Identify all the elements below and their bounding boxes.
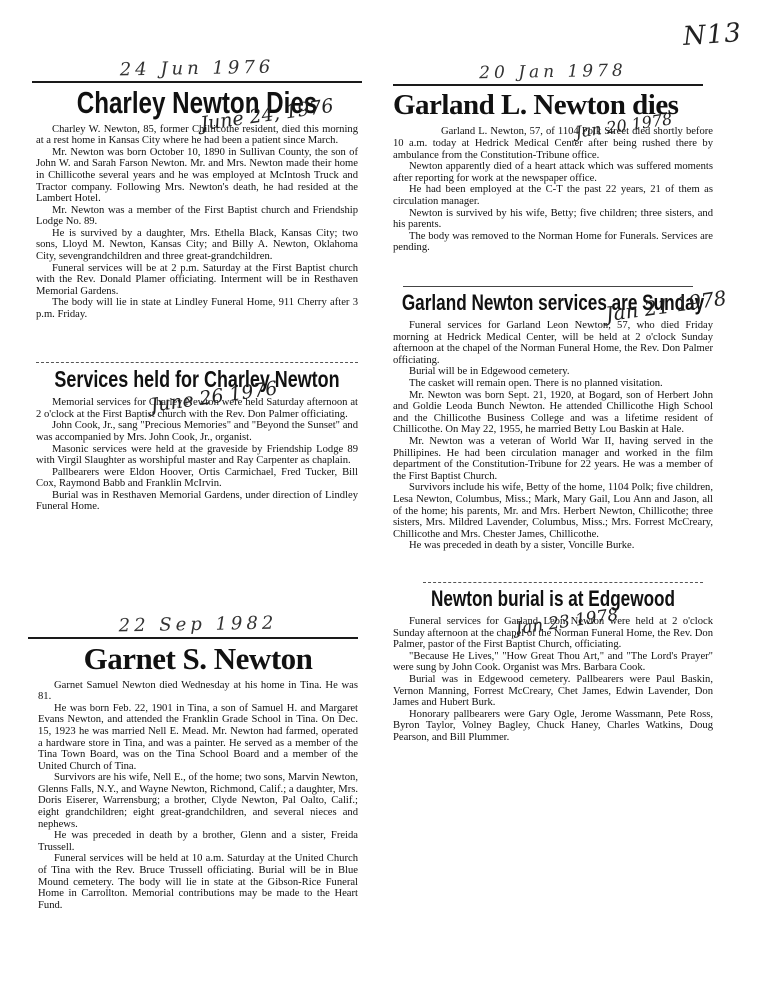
headline: Garland Newton services are Sunday bbox=[397, 291, 709, 314]
clipping-charley-dies: 24 Jun 1976 Charley Newton Dies Charley … bbox=[36, 58, 358, 321]
divider bbox=[393, 84, 703, 86]
paragraph: Mr. Newton was born Sept. 21, 1920, at B… bbox=[393, 390, 713, 436]
paragraph: Garnet Samuel Newton died Wednesday at h… bbox=[38, 680, 358, 703]
divider bbox=[28, 637, 358, 639]
paragraph: He was preceded in death by a brother, G… bbox=[38, 830, 358, 853]
paragraph: Burial was in Edgewood cemetery. Pallbea… bbox=[393, 674, 713, 709]
paragraph: Newton is survived by his wife, Betty; f… bbox=[393, 208, 713, 231]
paragraph: The casket will remain open. There is no… bbox=[393, 378, 713, 390]
divider bbox=[36, 362, 358, 363]
divider bbox=[32, 81, 362, 83]
article-body: Funeral services for Garland Leon Newton… bbox=[393, 320, 713, 552]
paragraph: He was born Feb. 22, 1901 in Tina, a son… bbox=[38, 703, 358, 773]
paragraph: Mr. Newton was a veteran of World War II… bbox=[393, 436, 713, 482]
paragraph: Survivors include his wife, Betty of the… bbox=[393, 482, 713, 540]
paragraph: Funeral services will be held at 10 a.m.… bbox=[38, 853, 358, 911]
paragraph: Pallbearers were Eldon Hoover, Ortis Car… bbox=[36, 467, 358, 490]
paragraph: The body was removed to the Norman Home … bbox=[393, 231, 713, 254]
headline: Garland L. Newton dies bbox=[393, 90, 713, 120]
paragraph: Memorial services for Charley Newton wer… bbox=[36, 397, 358, 420]
paragraph: Burial will be in Edgewood cemetery. bbox=[393, 366, 713, 378]
handwritten-date-note: 22 Sep 1982 bbox=[38, 611, 358, 638]
clipping-garland-services: Garland Newton services are Sunday Funer… bbox=[393, 284, 713, 552]
handwritten-date-note: 20 Jan 1978 bbox=[393, 59, 713, 85]
headline: Newton burial is at Edgewood bbox=[397, 587, 709, 610]
article-body: Charley W. Newton, 85, former Chillicoth… bbox=[36, 124, 358, 321]
paragraph: He was preceded in death by a sister, Vo… bbox=[393, 540, 713, 552]
paragraph: Funeral services for Garland Leon Newton… bbox=[393, 320, 713, 366]
clipping-garnet: 22 Sep 1982 Garnet S. Newton Garnet Samu… bbox=[38, 614, 358, 911]
paragraph: Honorary pallbearers were Gary Ogle, Jer… bbox=[393, 709, 713, 744]
paragraph: Newton apparently died of a heart attack… bbox=[393, 161, 713, 184]
paragraph: Charley W. Newton, 85, former Chillicoth… bbox=[36, 124, 358, 147]
article-body: Garland L. Newton, 57, of 1104 Polk Stre… bbox=[393, 126, 713, 254]
headline: Charley Newton Dies bbox=[40, 87, 354, 120]
paragraph: He had been employed at the C-T the past… bbox=[393, 184, 713, 207]
handwritten-date-note: 24 Jun 1976 bbox=[36, 55, 358, 82]
clipping-garland-dies: 20 Jan 1978 Garland L. Newton dies Garla… bbox=[393, 62, 713, 254]
article-body: Funeral services for Garland Leon Newton… bbox=[393, 616, 713, 744]
clipping-garland-burial: Newton burial is at Edgewood Funeral ser… bbox=[393, 580, 713, 744]
paragraph: Funeral services will be at 2 p.m. Satur… bbox=[36, 263, 358, 298]
paragraph: Burial was in Resthaven Memorial Gardens… bbox=[36, 490, 358, 513]
paragraph: Masonic services were held at the graves… bbox=[36, 444, 358, 467]
paragraph: Survivors are his wife, Nell E., of the … bbox=[38, 772, 358, 830]
paragraph: He is survived by a daughter, Mrs. Ethel… bbox=[36, 228, 358, 263]
paragraph: John Cook, Jr., sang "Precious Memories"… bbox=[36, 420, 358, 443]
headline: Services held for Charley Newton bbox=[40, 367, 354, 391]
page-mark: N13 bbox=[682, 18, 743, 52]
clipping-charley-services: Services held for Charley Newton Memoria… bbox=[36, 360, 358, 513]
article-body: Memorial services for Charley Newton wer… bbox=[36, 397, 358, 513]
divider bbox=[423, 582, 703, 583]
paragraph: Funeral services for Garland Leon Newton… bbox=[393, 616, 713, 651]
paragraph: "Because He Lives," "How Great Thou Art,… bbox=[393, 651, 713, 674]
paragraph: Mr. Newton was born October 10, 1890 in … bbox=[36, 147, 358, 205]
paragraph: The body will lie in state at Lindley Fu… bbox=[36, 297, 358, 320]
paragraph: Mr. Newton was a member of the First Bap… bbox=[36, 205, 358, 228]
headline: Garnet S. Newton bbox=[38, 643, 358, 676]
divider bbox=[403, 286, 693, 287]
article-body: Garnet Samuel Newton died Wednesday at h… bbox=[38, 680, 358, 912]
paragraph: Garland L. Newton, 57, of 1104 Polk Stre… bbox=[393, 126, 713, 161]
